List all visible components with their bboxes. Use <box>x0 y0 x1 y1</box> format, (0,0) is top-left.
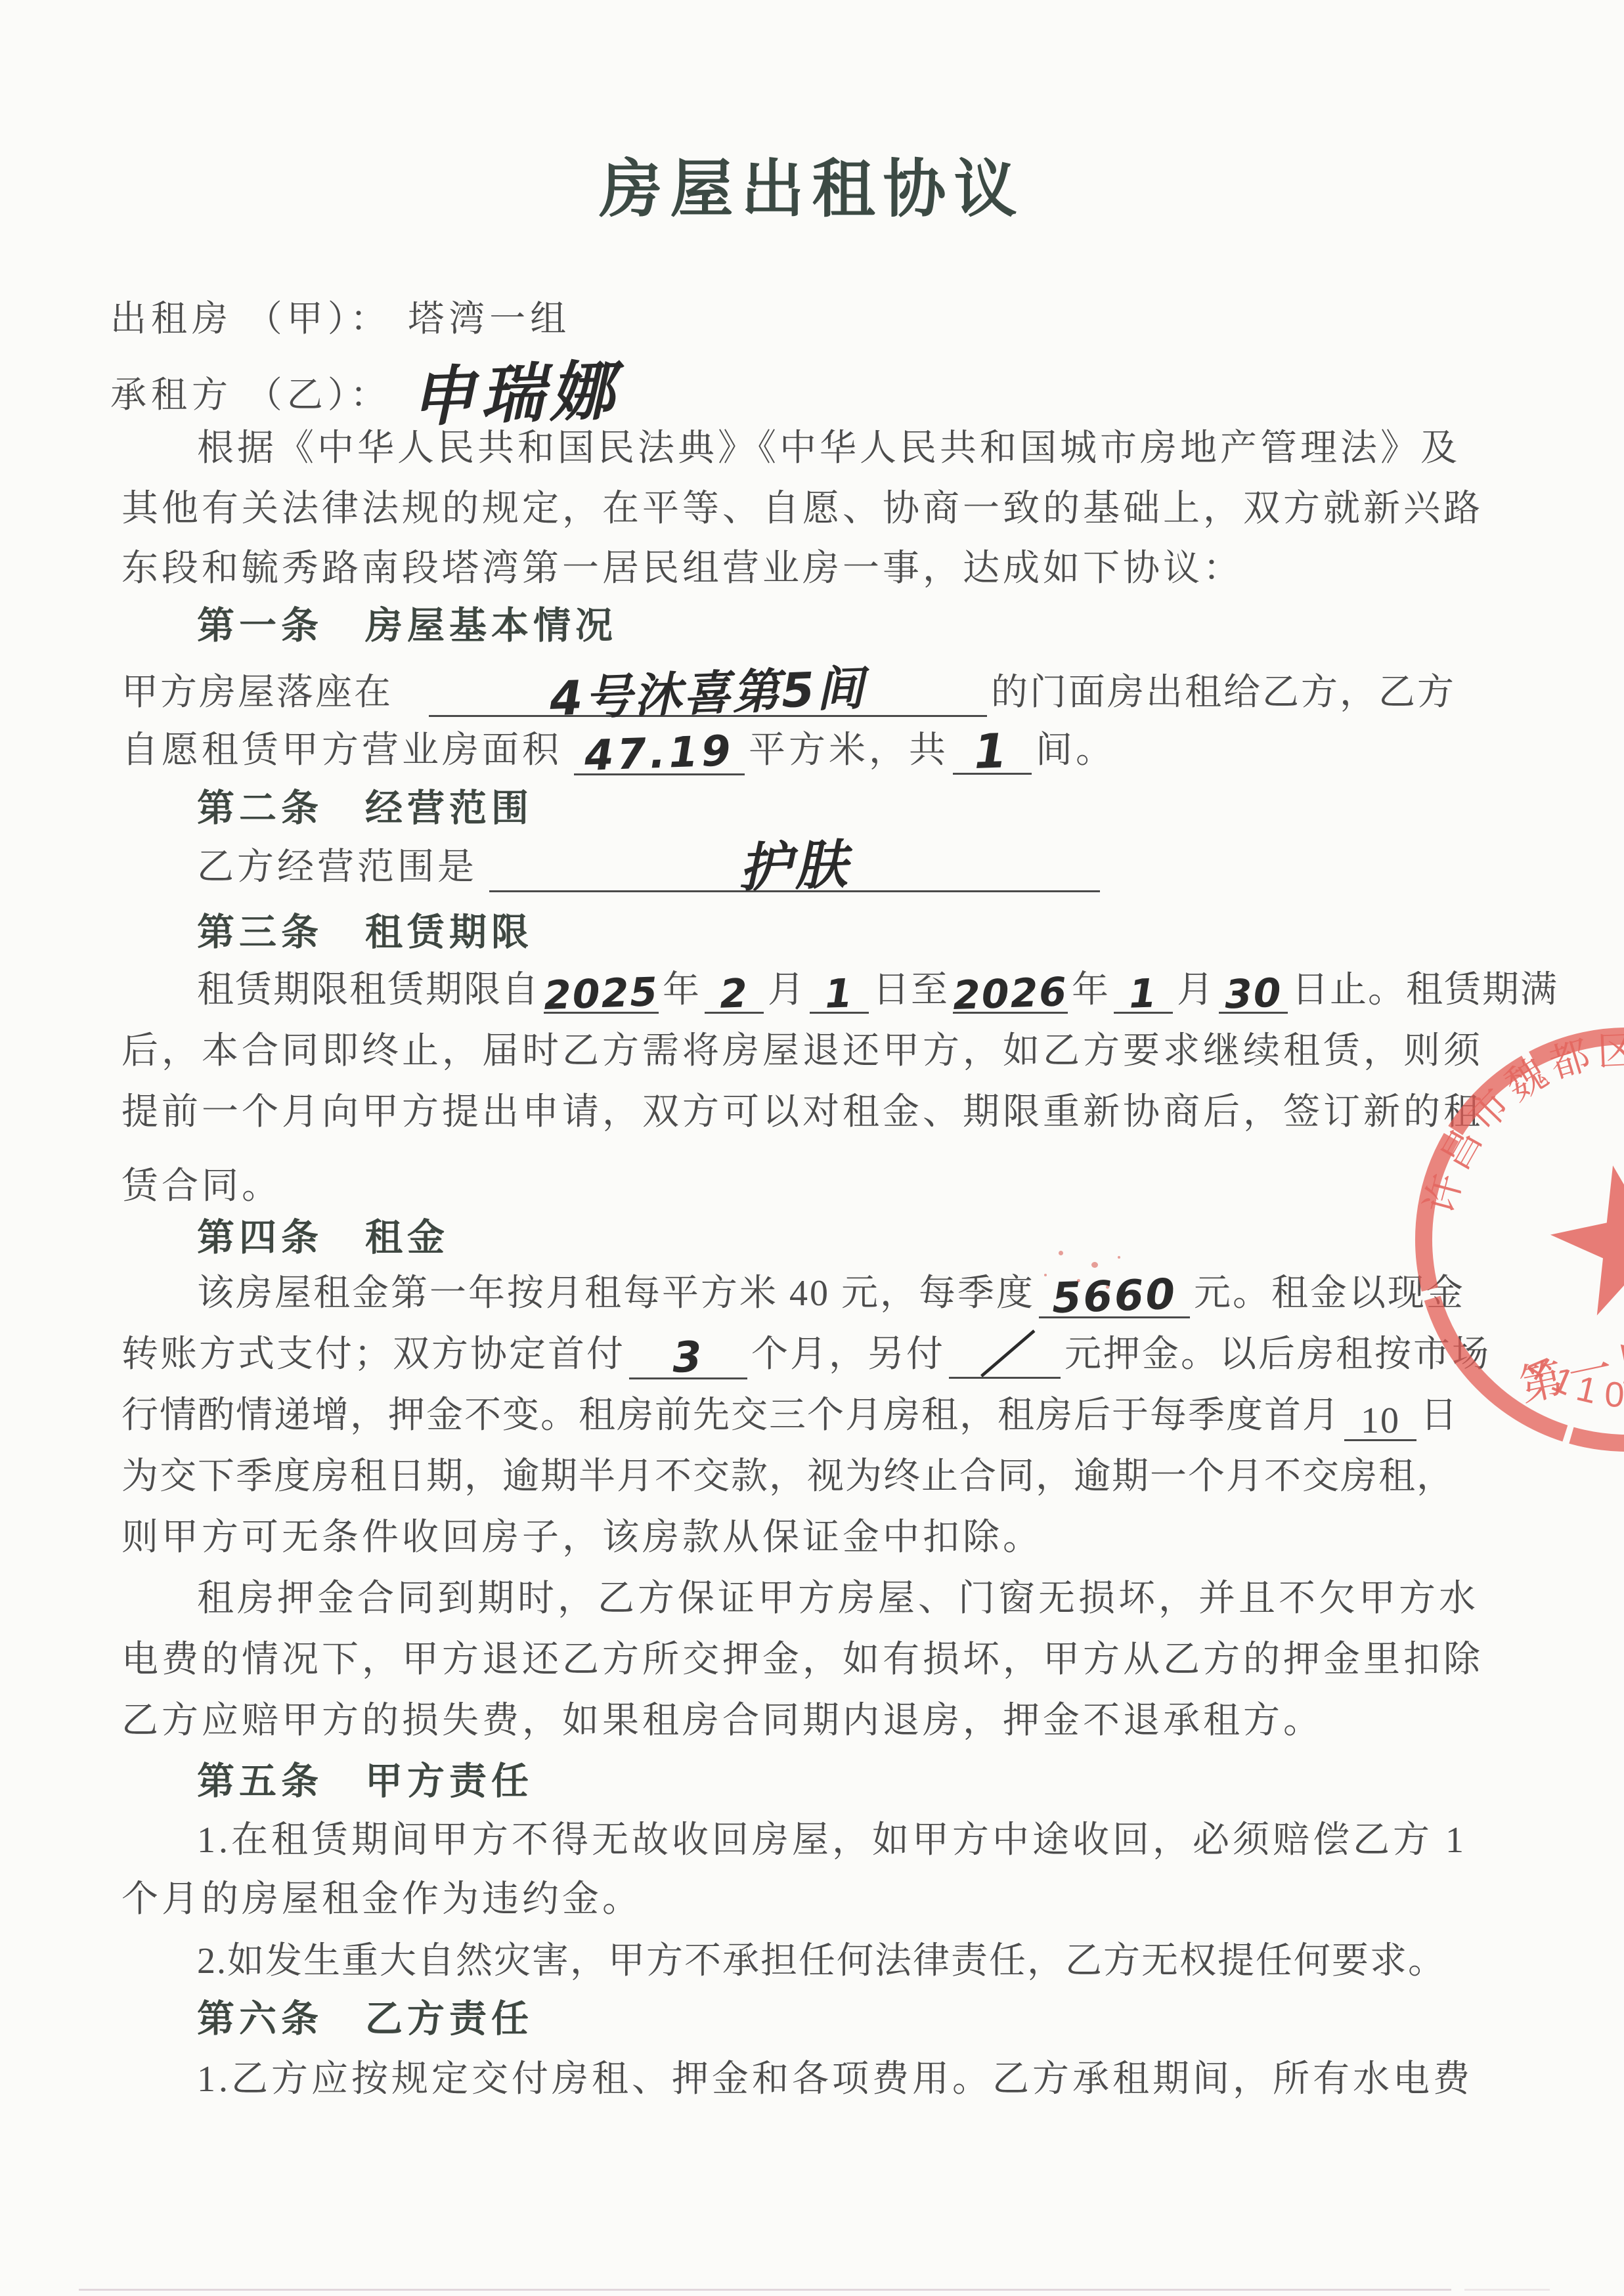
ink-speck <box>1059 1251 1063 1255</box>
rent-line-5: 则甲方可无条件收回房子，该房款从保证金中扣除。 <box>121 1515 1043 1561</box>
clause-1-line-2-post: 间。 <box>1036 730 1116 771</box>
start-year-handwriting: 2025 <box>543 974 659 1014</box>
clause-5-line-1: 1.在租赁期间甲方不得无故收回房屋，如甲方中途收回，必须赔偿乙方 1 <box>197 1817 1467 1863</box>
doc-title: 房屋出租协议 <box>0 139 1624 229</box>
rent-line-4: 为交下季度房租日期，逾期半月不交款，视为终止合同，逾期一个月不交房租， <box>121 1454 1455 1500</box>
clause-5-line-2: 个月的房屋租金作为违约金。 <box>121 1876 642 1922</box>
deposit-slash-handwriting: ／ <box>979 1333 1030 1377</box>
location-handwriting: 4号沐喜第5间 <box>549 667 866 721</box>
end-day-handwriting: 30 <box>1224 975 1283 1012</box>
clause-6-line-1: 1.乙方应按规定交付房租、押金和各项费用。乙方承租期间，所有水电费 <box>197 2056 1473 2102</box>
prepay-months-blank: 3 <box>629 1339 747 1379</box>
location-blank: 4号沐喜第5间 <box>429 672 987 717</box>
unit-month-2: 月 <box>1177 970 1215 1010</box>
rent-line-1-pre: 该房屋租金第一年按月租每平方米 40 元，每季度 <box>197 1273 1035 1314</box>
intro-line-3: 东段和毓秀路南段塔湾第一居民组营业房一事，达成如下协议： <box>121 546 1243 592</box>
room-count-blank: 1 <box>953 730 1032 775</box>
room-count-handwriting: 1 <box>973 729 1011 773</box>
end-month-handwriting: 1 <box>1128 976 1158 1012</box>
clause-1-line-1-post: 的门面房出租给乙方，乙方 <box>991 672 1456 713</box>
clause-2-heading: 第二条 经营范围 <box>197 785 533 832</box>
seal-star-icon: ★ <box>1518 1108 1624 1368</box>
intro-line-1: 根据《中华人民共和国民法典》《中华人民共和国城市房地产管理法》及 <box>197 425 1460 471</box>
party-a-value: 塔湾一组 <box>408 299 571 339</box>
scan-artifact-line <box>1464 2289 1550 2291</box>
clause-1-line-2: 自愿租赁甲方营业房面积47.19平方米，共1间。 <box>121 727 1116 775</box>
unit-month-1: 月 <box>768 970 806 1010</box>
lease-term-pre: 租赁期限租赁期限自 <box>197 970 540 1010</box>
rent-line-8: 乙方应赔甲方的损失费，如果租房合同期内退房，押金不退承租方。 <box>121 1698 1323 1744</box>
deposit-blank: ／ <box>949 1334 1061 1379</box>
clause-6-heading: 第六条 乙方责任 <box>197 1996 533 2043</box>
ink-speck <box>1106 1286 1109 1289</box>
start-year-blank: 2025 <box>544 976 659 1014</box>
scope-label: 乙方经营范围是 <box>197 847 477 888</box>
scope-blank: 护肤 <box>489 843 1100 892</box>
scan-artifact-line <box>79 2289 1451 2291</box>
intro-line-2: 其他有关法律法规的规定，在平等、自愿、协商一致的基础上，双方就新兴路 <box>121 486 1483 532</box>
prepay-months-handwriting: 3 <box>672 1339 705 1377</box>
end-day-blank: 30 <box>1219 976 1288 1014</box>
ink-speck <box>1091 1262 1098 1268</box>
rent-line-1: 该房屋租金第一年按月租每平方米 40 元，每季度5660元。租金以现金 <box>197 1270 1465 1318</box>
start-month-blank: 2 <box>705 976 764 1014</box>
clause-2-line-1: 乙方经营范围是护肤 <box>197 843 1104 892</box>
clause-3-line-2: 后，本合同即终止，届时乙方需将房屋退还甲方，如乙方要求继续租赁，则须 <box>121 1028 1483 1074</box>
clause-3-line-4: 赁合同。 <box>121 1163 282 1209</box>
start-day-blank: 1 <box>810 976 869 1014</box>
lease-term-line: 租赁期限租赁期限自2025年2月1日至2026年1月30日止。租赁期满 <box>197 967 1558 1014</box>
party-a-line: 出租房 （甲）：塔湾一组 <box>110 297 571 342</box>
start-month-handwriting: 2 <box>719 976 749 1012</box>
contract-page: 房屋出租协议 出租房 （甲）：塔湾一组 承租方 （乙）：申瑞娜 根据《中华人民共… <box>0 0 1624 2296</box>
clause-1-line-1-pre: 甲方房屋落座在 <box>121 672 393 713</box>
start-day-handwriting: 1 <box>824 976 854 1012</box>
ink-speck <box>1044 1274 1047 1276</box>
quarter-rent-handwriting: 5660 <box>1051 1276 1177 1318</box>
rent-line-7: 电费的情况下，甲方退还乙方所交押金，如有损坏，甲方从乙方的押金里扣除 <box>121 1637 1483 1683</box>
end-year-blank: 2026 <box>953 976 1068 1014</box>
area-blank: 47.19 <box>574 735 745 775</box>
party-b-label: 承租方 （乙）： <box>110 375 391 415</box>
rent-line-3: 行情酌情递增，押金不变。租房前先交三个月房租，租房后于每季度首月10日 <box>121 1393 1459 1441</box>
area-handwriting: 47.19 <box>584 733 734 775</box>
clause-5-heading: 第五条 甲方责任 <box>197 1758 533 1805</box>
unit-year-1: 年 <box>663 970 701 1010</box>
rent-line-2-pre: 转账方式支付；双方协定首付 <box>121 1334 625 1375</box>
clause-1-line-1: 甲方房屋落座在4号沐喜第5间的门面房出租给乙方，乙方 <box>121 670 1456 717</box>
clause-1-heading: 第一条 房屋基本情况 <box>197 603 617 649</box>
unit-year-2: 年 <box>1072 970 1110 1010</box>
ink-speck <box>1077 1279 1080 1282</box>
quarter-rent-blank: 5660 <box>1039 1278 1190 1318</box>
party-a-label: 出租房 （甲）： <box>110 299 391 339</box>
scope-handwriting: 护肤 <box>738 841 851 892</box>
clause-1-line-2-mid: 平方米，共 <box>749 730 949 771</box>
party-b-line: 承租方 （乙）：申瑞娜 <box>110 355 619 435</box>
rent-line-3-pre: 行情酌情递增，押金不变。租房前先交三个月房租，租房后于每季度首月 <box>121 1395 1340 1436</box>
end-month-blank: 1 <box>1114 976 1173 1014</box>
unit-mid: 日至 <box>873 970 949 1010</box>
clause-3-heading: 第三条 租赁期限 <box>197 909 533 956</box>
ink-speck <box>1118 1256 1120 1259</box>
end-year-handwriting: 2026 <box>952 974 1068 1014</box>
lease-term-post: 日止。租赁期满 <box>1292 970 1558 1010</box>
rent-line-6: 租房押金合同到期时，乙方保证甲方房屋、门窗无损坏，并且不欠甲方水 <box>197 1576 1479 1622</box>
rent-line-2: 转账方式支付；双方协定首付3个月，另付／元押金。以后房租按市场 <box>121 1332 1491 1379</box>
clause-5-line-3: 2.如发生重大自然灾害，甲方不承担任何法律责任，乙方无权提任何要求。 <box>197 1938 1446 1984</box>
clause-4-heading: 第四条 租金 <box>197 1215 449 1261</box>
area-label: 自愿租赁甲方营业房面积 <box>121 730 562 771</box>
pay-day-blank: 10 <box>1344 1402 1416 1441</box>
rent-line-2-mid: 个月，另付 <box>751 1334 945 1375</box>
clause-3-line-3: 提前一个月向甲方提出申请，双方可以对租金、期限重新协商后，签订新的租 <box>121 1089 1483 1135</box>
